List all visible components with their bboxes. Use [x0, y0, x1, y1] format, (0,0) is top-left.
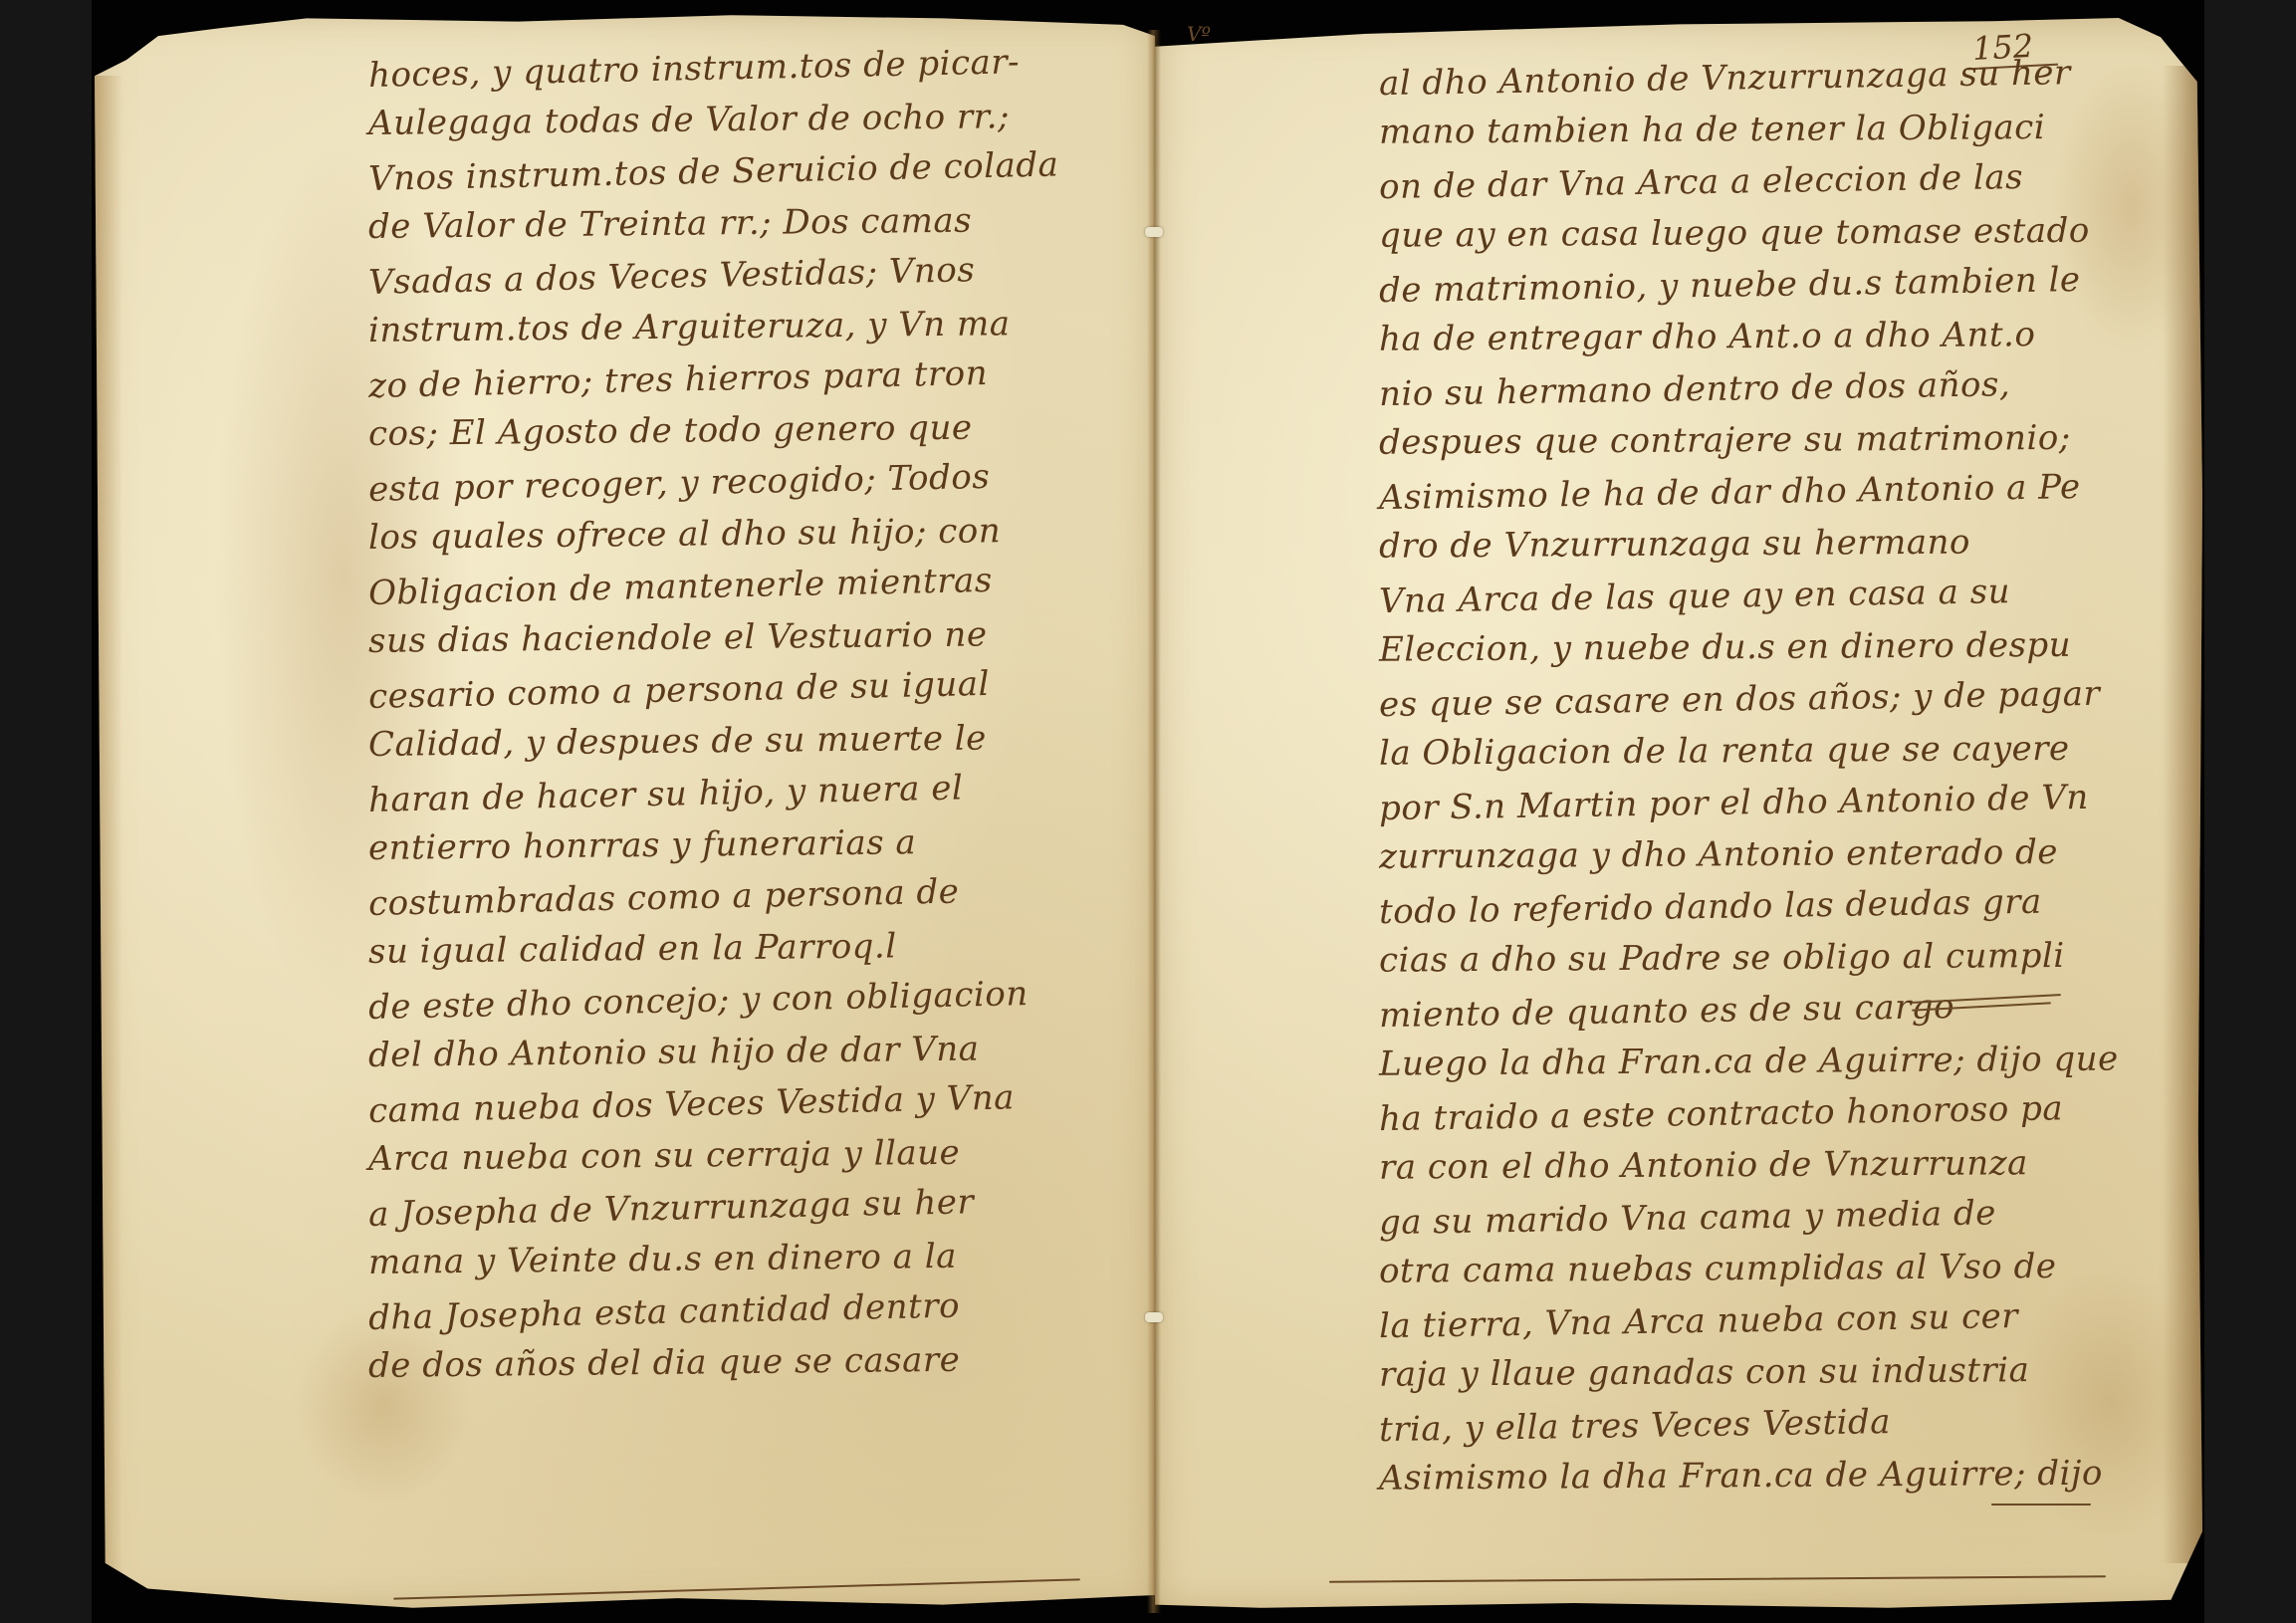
text-line: zurrunzaga y dho Antonio enterado de [1379, 825, 2156, 882]
verso-mark: Vº [1187, 22, 1211, 46]
right-page-text: al dho Antonio de Vnzurrunzaga su her ma… [1379, 52, 2156, 1502]
text-line: Asimismo la dha Fran.ca de Aguirre; dijo [1379, 1447, 2156, 1504]
left-page-text: hoces, y quatro instrum.tos de picar- Au… [368, 42, 1125, 1388]
text-line: despues que contrajere su matrimonio; [1379, 411, 2156, 468]
text-line: on de dar Vna Arca a eleccion de las [1379, 149, 2157, 213]
binding-stitch [1145, 227, 1163, 237]
text-line: tria, y ella tres Veces Vestida [1379, 1392, 2157, 1456]
line-filler-rule [1991, 1504, 2091, 1506]
text-line: por S.n Martin por el dho Antonio de Vn [1379, 771, 2157, 834]
text-line: todo lo referido dando las deudas gra [1379, 874, 2157, 938]
text-line: ga su marido Vna cama y media de [1379, 1185, 2157, 1249]
text-line: nio su hermano dentro de dos años, [1379, 356, 2157, 420]
text-line: ha traido a este contracto honoroso pa [1379, 1081, 2157, 1145]
text-line: raja y llaue ganadas con su industria [1379, 1343, 2156, 1400]
text-line: es que se casare en dos años; y de pagar [1379, 667, 2157, 731]
text-line: la Obligacion de la renta que se cayere [1379, 722, 2156, 779]
text-line: ha de entregar dho Ant.o a dho Ant.o [1379, 308, 2156, 364]
text-line: cias a dho su Padre se obligo al cumpli [1379, 929, 2156, 986]
text-line: de dos años del dia que se casare [368, 1332, 1126, 1392]
text-line: otra cama nuebas cumplidas al Vso de [1379, 1240, 2156, 1296]
text-line: que ay en casa luego que tomase estado [1379, 204, 2156, 261]
text-line: Vna Arca de las que ay en casa a su [1379, 564, 2157, 627]
text-line: miento de quanto es de su cargo [1379, 978, 2157, 1042]
text-line: Luego la dha Fran.ca de Aguirre; dijo qu… [1379, 1033, 2156, 1089]
binding-stitch [1145, 1312, 1163, 1322]
text-line: Asimismo le ha de dar dho Antonio a Pe [1379, 460, 2157, 524]
text-line: al dho Antonio de Vnzurrunzaga su her [1379, 46, 2157, 110]
book-gutter [1147, 30, 1161, 1613]
text-line: la tierra, Vna Arca nueba con su cer [1379, 1288, 2157, 1352]
text-line: mano tambien ha de tener la Obligaci [1379, 101, 2156, 157]
text-line: dro de Vnzurrunzaga su hermano [1379, 515, 2156, 572]
text-line: de matrimonio, y nuebe du.s tambien le [1379, 253, 2157, 317]
text-line: Eleccion, y nuebe du.s en dinero despu [1379, 618, 2156, 675]
text-line: ra con el dho Antonio de Vnzurrunza [1379, 1136, 2156, 1193]
